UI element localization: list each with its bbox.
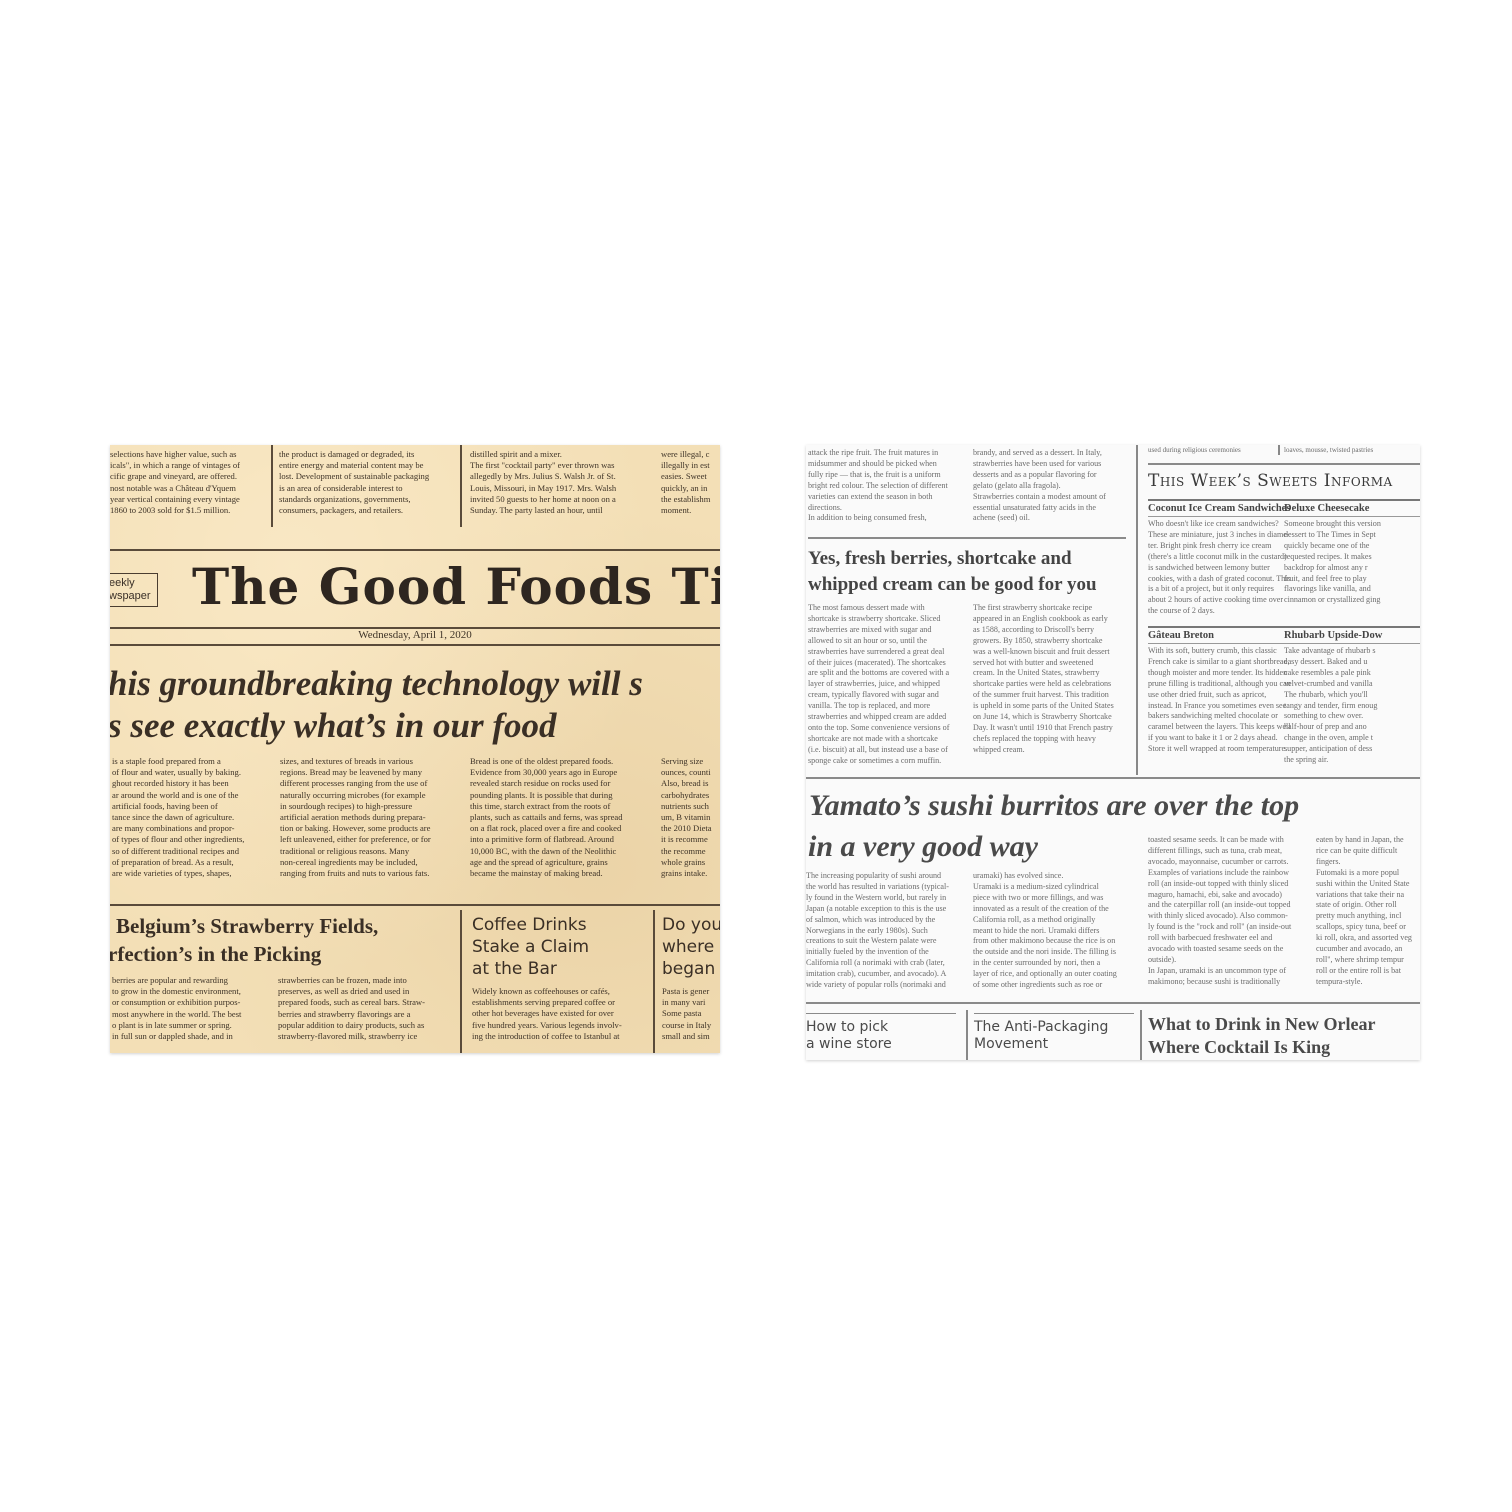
text-line: appeared in an English cookbook as early — [973, 614, 1128, 625]
text-line: toasted sesame seeds. It can be made wit… — [1148, 835, 1303, 846]
badge-line: wspaper — [110, 590, 151, 603]
text-line: California roll, as a method originally — [973, 915, 1128, 926]
text-line: whipped cream. — [973, 745, 1128, 756]
text-line: (i.e. biscuit) at all, but instead use a… — [808, 745, 960, 756]
strawberry-col1: berries are popular and rewarding to gro… — [112, 975, 262, 1042]
text-line: became the mainstay of making bread. — [470, 868, 646, 879]
text-line: Sunday. The party lasted an hour, until — [470, 505, 646, 516]
headline-line: Coffee Drinks — [472, 914, 589, 936]
text-line: cinnamon or crystallized ging — [1284, 595, 1420, 606]
text-line: state of origin. Other roll — [1316, 900, 1420, 911]
column-divider — [653, 910, 655, 1053]
text-line: pounding plants. It is possible that dur… — [470, 790, 646, 801]
text-line: different processes ranging from the use… — [280, 778, 452, 789]
sweets-item-body: Who doesn't like ice cream sandwiches? T… — [1148, 519, 1296, 617]
text-line: on June 14, which is Strawberry Shortcak… — [973, 712, 1128, 723]
headline-line: began — [662, 958, 720, 980]
text-line: of some other ingredients such as roe or — [973, 980, 1128, 991]
section-rule — [806, 1002, 1420, 1004]
text-line: achene (seed) oil. — [973, 513, 1128, 524]
text-line: standards organizations, governments, — [279, 494, 451, 505]
text-line: onto the top. Some convenience versions … — [808, 723, 960, 734]
text-line: Norwegians in the early 1980s). Such — [806, 926, 958, 937]
text-line: small and sim — [662, 1031, 720, 1042]
text-line: course in Italy — [662, 1020, 720, 1031]
text-line: fingers. — [1316, 857, 1420, 868]
text-line: from other makimono because the rice is … — [973, 936, 1128, 947]
text-line: cific grape and vineyard, are offered. — [110, 471, 262, 482]
text-line: Uramaki is a medium-sized cylindrical — [973, 882, 1128, 893]
text-line: nutrients such — [661, 801, 720, 812]
pasta-headline: Do you where began — [662, 914, 720, 980]
text-line: quickly, an in — [661, 483, 720, 494]
text-line: Also, bread is — [661, 778, 720, 789]
column-divider — [460, 445, 462, 527]
text-line: traditional or religious reasons. Many — [280, 846, 452, 857]
text-line: about 2 hours of active cooking time ove… — [1148, 595, 1296, 606]
top-strip-col4: loaves, mousse, twisted pastries — [1284, 445, 1420, 456]
text-line: ghout recorded history it has been — [112, 778, 264, 789]
text-line: whole grains — [661, 857, 720, 868]
strawberry-col2: strawberries can be frozen, made into pr… — [278, 975, 450, 1042]
text-line: of types of flour and other ingredients, — [112, 834, 264, 845]
text-line: pretty much anything, incl — [1316, 911, 1420, 922]
text-line: Evidence from 30,000 years ago in Europe — [470, 767, 646, 778]
text-line: distilled spirit and a mixer. — [470, 449, 646, 460]
text-line: to grow in the domestic environment, — [112, 986, 262, 997]
sushi-col3: toasted sesame seeds. It can be made wit… — [1148, 835, 1303, 988]
text-line: Examples of variations include the rainb… — [1148, 868, 1303, 879]
text-line: lost. Development of sustainable packagi… — [279, 471, 451, 482]
column-divider — [460, 910, 462, 1053]
text-line: 10,000 BC, with the dawn of the Neolithi… — [470, 846, 646, 857]
sushi-headline-line2: in a very good way — [808, 829, 1038, 865]
issue-date: Wednesday, April 1, 2020 — [110, 629, 720, 641]
text-line: sponge cake or sometimes a corn muffin. — [808, 756, 960, 767]
text-line: prepared foods, such as cereal bars. Str… — [278, 997, 450, 1008]
teaser-line: Movement — [974, 1036, 1108, 1053]
masthead-rule-top — [110, 549, 720, 551]
headline-line: at the Bar — [472, 958, 589, 980]
text-line: plants, such as cattails and ferns, was … — [470, 812, 646, 823]
text-line: though moister and more tender. Its hidd… — [1148, 668, 1296, 679]
column-divider — [966, 1010, 968, 1060]
text-line: of salmon, which was introduced by the — [806, 915, 958, 926]
text-line: initially fueled by the invention of the — [806, 947, 958, 958]
text-line: left unleavened, either for preference, … — [280, 834, 452, 845]
coffee-body: Widely known as coffeehouses or cafés, e… — [472, 986, 644, 1042]
text-line: piece with two or more fillings, and was — [973, 893, 1128, 904]
column-divider — [1136, 445, 1138, 775]
text-line: Louis, Missouri, in May 1917. Mrs. Walsh — [470, 483, 646, 494]
text-line: requested recipes. It makes — [1284, 552, 1420, 563]
sweets-section-title: This Week’s Sweets Informa — [1148, 471, 1393, 491]
text-line: naturally occurring microbes (for exampl… — [280, 790, 452, 801]
text-line: strawberries have been used for various — [973, 459, 1128, 470]
text-line: most anywhere in the world. The best — [112, 1009, 262, 1020]
text-line: These are miniature, just 3 inches in di… — [1148, 530, 1296, 541]
text-line: shortcake are not made with a shortcake — [808, 734, 960, 745]
text-line: ly found in the Western world, but rarel… — [806, 893, 958, 904]
text-line: easies. Sweet — [661, 471, 720, 482]
teaser-line: What to Drink in New Orlear — [1148, 1013, 1375, 1036]
teaser-wine-store: How to pick a wine store — [806, 1019, 892, 1053]
text-line: of preparation of bread. As a result, — [112, 857, 264, 868]
text-line: is an area of considerable interest to — [279, 483, 451, 494]
strawberry-headline-line2: rfection’s in the Picking — [110, 940, 321, 968]
text-line: roll or the entire roll is bat — [1316, 966, 1420, 977]
headline-line: where — [662, 936, 720, 958]
text-line: is a staple food prepared from a — [112, 756, 264, 767]
text-line: essential unsaturated fatty acids in the — [973, 503, 1128, 514]
strawberry-headline-line1: Belgium’s Strawberry Fields, — [116, 912, 378, 940]
sushi-headline-line1: Yamato’s sushi burritos are over the top — [809, 788, 1299, 824]
text-line: year vertical containing every vintage — [110, 494, 262, 505]
text-line: ter. Bright pink fresh cherry ice cream — [1148, 541, 1296, 552]
sweets-item-body: Take advantage of rhubarb s easy dessert… — [1284, 646, 1420, 766]
text-line: non-cereal ingredients may be included, — [280, 857, 452, 868]
teaser-anti-packaging: The Anti-Packaging Movement — [974, 1019, 1108, 1053]
text-line: In Japan, uramaki is an uncommon type of — [1148, 966, 1303, 977]
sweets-item-body: Someone brought this version dessert to … — [1284, 519, 1420, 606]
text-line: selections have higher value, such as — [110, 449, 262, 460]
text-line: preserves, as well as dried and used in — [278, 986, 450, 997]
text-line: the world has resulted in variations (ty… — [806, 882, 958, 893]
text-line: establishments serving prepared coffee o… — [472, 997, 644, 1008]
text-line: sizes, and textures of breads in various — [280, 756, 452, 767]
text-line: different fillings, such as tuna, crab m… — [1148, 846, 1303, 857]
text-line: consumers, packagers, and retailers. — [279, 505, 451, 516]
text-line: tance since the dawn of agriculture. — [112, 812, 264, 823]
pasta-body: Pasta is gener in many vari Some pasta c… — [662, 986, 720, 1042]
lead-col3: Bread is one of the oldest prepared food… — [470, 756, 646, 879]
text-line: Futomaki is a more popul — [1316, 868, 1420, 879]
text-line: wide variety of popular rolls (norimaki … — [806, 980, 958, 991]
text-line: backdrop for almost any r — [1284, 563, 1420, 574]
sweets-item-title: Rhubarb Upside-Dow — [1284, 626, 1420, 644]
section-rule — [806, 777, 1420, 779]
lead-headline-line2: s see exactly what’s in our food — [110, 705, 557, 747]
top-strip-col1: selections have higher value, such as ic… — [110, 449, 262, 516]
text-line: ar around the world and is one of the — [112, 790, 264, 801]
text-line: vanilla. The top is replaced, and more — [808, 701, 960, 712]
text-line: directions. — [808, 503, 960, 514]
text-line: if you want to bake it 1 or 2 days ahead… — [1148, 733, 1296, 744]
text-line: shortcake parties were held as celebrati… — [973, 679, 1128, 690]
text-line: fruit, and feel free to play — [1284, 574, 1420, 585]
text-line: the 2010 Dieta — [661, 823, 720, 834]
text-line: in sourdough recipes) to high-pressure — [280, 801, 452, 812]
text-line: tion or baking. However, some products a… — [280, 823, 452, 834]
text-line: Japan (a notable exception to this is th… — [806, 904, 958, 915]
lead-col1: is a staple food prepared from a of flou… — [112, 756, 264, 879]
text-line: scallops, spicy tuna, beef or — [1316, 922, 1420, 933]
text-line: strawberry-flavored milk, strawberry ice — [278, 1031, 450, 1042]
teaser-rule — [806, 1013, 956, 1014]
text-line: in full sun or dappled shade, and in — [112, 1031, 262, 1042]
teaser-new-orleans: What to Drink in New Orlear Where Cockta… — [1148, 1013, 1375, 1059]
sweets-item-coconut: Coconut Ice Cream Sandwiches Who doesn't… — [1148, 499, 1296, 617]
text-line: of flour and water, usually by baking. — [112, 767, 264, 778]
text-line: the recomme — [661, 846, 720, 857]
text-line: The first "cocktail party" ever thrown w… — [470, 460, 646, 471]
text-line: strawberries and whipped cream are added — [808, 712, 960, 723]
teaser-line: The Anti-Packaging — [974, 1019, 1108, 1036]
text-line: Store it well wrapped at room temperatur… — [1148, 744, 1296, 755]
sweets-item-cheesecake: Deluxe Cheesecake Someone brought this v… — [1284, 499, 1420, 606]
text-line: illegally in est — [661, 460, 720, 471]
text-line: attack the ripe fruit. The fruit matures… — [808, 448, 960, 459]
text-line: Someone brought this version — [1284, 519, 1420, 530]
text-line: The rhubarb, which you'll — [1284, 690, 1420, 701]
text-line: berries are popular and rewarding — [112, 975, 262, 986]
section-rule — [1148, 463, 1420, 465]
text-line: the establishm — [661, 494, 720, 505]
text-line: roll with barbecued freshwater eel and — [1148, 933, 1303, 944]
text-line: other hot beverages have existed for ove… — [472, 1008, 644, 1019]
top-strip-col2: brandy, and served as a dessert. In Ital… — [973, 448, 1128, 524]
text-line: this time, starch extract from the roots… — [470, 801, 646, 812]
text-line: varieties can extend the season in both — [808, 492, 960, 503]
text-line: cookies, with a dash of grated coconut. … — [1148, 574, 1296, 585]
text-line: variations that take their na — [1316, 890, 1420, 901]
text-line: avocado with toasted sesame seeds on the — [1148, 944, 1303, 955]
top-strip-col3: used during religious ceremonies — [1148, 445, 1268, 456]
text-line: ing the introduction of coffee to Istanb… — [472, 1031, 644, 1042]
headline-line: Stake a Claim — [472, 936, 589, 958]
badge-line: eekly — [110, 577, 151, 590]
sweets-item-body: With its soft, buttery crumb, this class… — [1148, 646, 1296, 755]
text-line: quickly became one of the — [1284, 541, 1420, 552]
text-line: as 1588, according to Driscoll's berry — [973, 625, 1128, 636]
text-line: With its soft, buttery crumb, this class… — [1148, 646, 1296, 657]
text-line: popular addition to dairy products, such… — [278, 1020, 450, 1031]
text-line: five hundred years. Various legends invo… — [472, 1020, 644, 1031]
text-line: in many vari — [662, 997, 720, 1008]
text-line: roll", where shrimp tempur — [1316, 955, 1420, 966]
text-line: In addition to being consumed fresh, — [808, 513, 960, 524]
text-line: bright red colour. The selection of diff… — [808, 481, 960, 492]
berries-headline-line2: whipped cream can be good for you — [808, 571, 1097, 598]
text-line: something to chew over. — [1284, 711, 1420, 722]
text-line: desserts and as a popular flavoring for — [973, 470, 1128, 481]
berries-headline-line1: Yes, fresh berries, shortcake and — [808, 545, 1072, 572]
text-line: Strawberries contain a modest amount of — [973, 492, 1128, 503]
text-line: or consumption or exhibition purpos- — [112, 997, 262, 1008]
text-line: with thinly sliced avocado). Also common… — [1148, 911, 1303, 922]
text-line: nost notable was a Château d'Yquem — [110, 483, 262, 494]
sushi-col2: uramaki) has evolved since. Uramaki is a… — [973, 871, 1128, 991]
text-line: artificial foods, having been of — [112, 801, 264, 812]
text-line: it is recomme — [661, 834, 720, 845]
text-line: innovated as a result of the creation of… — [973, 904, 1128, 915]
text-line: are wide varieties of types, shapes, — [112, 868, 264, 879]
text-line: Widely known as coffeehouses or cafés, — [472, 986, 644, 997]
text-line: allowed to sit an hour or so, until the — [808, 636, 960, 647]
text-line: the spring air. — [1284, 755, 1420, 766]
text-line: carbohydrates — [661, 790, 720, 801]
text-line: uramaki) has evolved since. — [973, 871, 1128, 882]
text-line: California roll (a norimaki with crab (l… — [806, 958, 958, 969]
text-line: French cake is similar to a giant shortb… — [1148, 657, 1296, 668]
sweets-item-title: Deluxe Cheesecake — [1284, 499, 1420, 517]
text-line: roll (an inside-out topped with thinly s… — [1148, 879, 1303, 890]
text-line: Bread is one of the oldest prepared food… — [470, 756, 646, 767]
lead-headline-line1: his groundbreaking technology will s — [110, 663, 643, 705]
text-line: tangy and tender, firm enoug — [1284, 701, 1420, 712]
text-line: fully ripe — that is, the fruit is a uni… — [808, 470, 960, 481]
text-line: Day. It wasn't until 1910 that French pa… — [973, 723, 1128, 734]
text-line: supper, anticipation of dess — [1284, 744, 1420, 755]
text-line: dessert to The Times in Sept — [1284, 530, 1420, 541]
text-line: entire energy and material content may b… — [279, 460, 451, 471]
sushi-col4: eaten by hand in Japan, the rice can be … — [1316, 835, 1420, 988]
text-line: the outside and the nori inside. The fil… — [973, 947, 1128, 958]
text-line: artificial aeration methods during prepa… — [280, 812, 452, 823]
text-line: The most famous dessert made with — [808, 603, 960, 614]
text-line: Some pasta — [662, 1008, 720, 1019]
text-line: grains intake. — [661, 868, 720, 879]
text-line: strawberries can be frozen, made into — [278, 975, 450, 986]
text-line: is upheld in some parts of the United St… — [973, 701, 1128, 712]
text-line: shortcake is strawberry shortcake. Slice… — [808, 614, 960, 625]
text-line: Serving size — [661, 756, 720, 767]
text-line: and the caterpillar roll (an inside-out … — [1148, 900, 1303, 911]
text-line: o plant is in late summer or spring. — [112, 1020, 262, 1031]
text-line: instead. In France you sometimes even se… — [1148, 701, 1296, 712]
text-line: makimono; because sushi is traditionally — [1148, 977, 1303, 988]
text-line: is a bit of a project, but it only requi… — [1148, 584, 1296, 595]
text-line: invited 50 guests to her home at noon on… — [470, 494, 646, 505]
sweets-item-title: Coconut Ice Cream Sandwiches — [1148, 499, 1296, 517]
lead-col2: sizes, and textures of breads in various… — [280, 756, 452, 879]
text-line: sushi within the United State — [1316, 879, 1420, 890]
masthead-rule-bottom — [110, 644, 720, 646]
sweets-item-gateau: Gâteau Breton With its soft, buttery cru… — [1148, 626, 1296, 755]
top-strip-col2: the product is damaged or degraded, its … — [279, 449, 451, 516]
text-line: um, B vitamin — [661, 812, 720, 823]
top-strip-col1: attack the ripe fruit. The fruit matures… — [808, 448, 960, 524]
text-line: ranging from fruits and nuts to various … — [280, 868, 452, 879]
text-line: was a well-known biscuit and fruit desse… — [973, 647, 1128, 658]
text-line: allegedly by Mrs. Julius S. Walsh Jr. of… — [470, 471, 646, 482]
sweets-item-title: Gâteau Breton — [1148, 626, 1296, 644]
column-divider — [1278, 445, 1280, 455]
coffee-headline: Coffee Drinks Stake a Claim at the Bar — [472, 914, 589, 980]
text-line: served hot with butter and sweetened — [973, 658, 1128, 669]
text-line: velvet-crumbed and vanilla — [1284, 679, 1420, 690]
text-line: Who doesn't like ice cream sandwiches? — [1148, 519, 1296, 530]
teaser-line: a wine store — [806, 1036, 892, 1053]
text-line: into a primitive form of flatbread. Arou… — [470, 834, 646, 845]
section-rule — [110, 904, 720, 906]
teaser-line: How to pick — [806, 1019, 892, 1036]
text-line: on a flat rock, placed over a fire and c… — [470, 823, 646, 834]
text-line: easy dessert. Baked and u — [1284, 657, 1420, 668]
text-line: ki roll, okra, and assorted veg — [1316, 933, 1420, 944]
text-line: maguro, hamachi, ebi, sake and avocado) — [1148, 890, 1303, 901]
text-line: layer of rice, and optionally an outer c… — [973, 969, 1128, 980]
text-line: midsummer and should be picked when — [808, 459, 960, 470]
text-line: of their juices (macerated). The shortca… — [808, 658, 960, 669]
text-line: meant to hide the nori. Uramaki differs — [973, 926, 1128, 937]
column-divider — [1140, 1010, 1142, 1060]
text-line: are many combinations and propor- — [112, 823, 264, 834]
text-line: rice can be quite difficult — [1316, 846, 1420, 857]
text-line: in the center surrounded by nori, then a — [973, 958, 1128, 969]
text-line: icals", in which a range of vintages of — [110, 460, 262, 471]
text-line: regions. Bread may be leavened by many — [280, 767, 452, 778]
text-line: gelato (gelato alla fragola). — [973, 481, 1128, 492]
text-line: so of different traditional recipes and — [112, 846, 264, 857]
kraft-newsprint-sheet: selections have higher value, such as ic… — [110, 445, 720, 1053]
text-line: ly found is the "rock and roll" (an insi… — [1148, 922, 1303, 933]
weekly-newspaper-badge: eekly wspaper — [110, 573, 158, 607]
text-line: moment. — [661, 505, 720, 516]
text-line: growers. By 1850, strawberry shortcake — [973, 636, 1128, 647]
text-line: cucumber and avocado, an — [1316, 944, 1420, 955]
section-rule — [808, 537, 1126, 539]
top-strip-col4: were illegal, c illegally in est easies.… — [661, 449, 720, 516]
berries-col2: The first strawberry shortcake recipe ap… — [973, 603, 1128, 756]
masthead-title: The Good Foods Tim — [192, 557, 720, 616]
text-line: cake resembles a pale pink — [1284, 668, 1420, 679]
column-divider — [271, 445, 273, 527]
text-line: avocado, mayonnaise, cucumber or carrots… — [1148, 857, 1303, 868]
text-line: caramel between the layers. This keeps w… — [1148, 722, 1296, 733]
text-line: tempura-style. — [1316, 977, 1420, 988]
text-line: Take advantage of rhubarb s — [1284, 646, 1420, 657]
white-newsprint-sheet: attack the ripe fruit. The fruit matures… — [806, 445, 1420, 1060]
text-line: the product is damaged or degraded, its — [279, 449, 451, 460]
text-line: bakers sandwiching melted chocolate or — [1148, 711, 1296, 722]
text-line: of the summer fruit harvest. This tradit… — [973, 690, 1128, 701]
teaser-line: Where Cocktail Is King — [1148, 1036, 1375, 1059]
sweets-item-rhubarb: Rhubarb Upside-Dow Take advantage of rhu… — [1284, 626, 1420, 766]
text-line: age and the spread of agriculture, grain… — [470, 857, 646, 868]
text-line: The first strawberry shortcake recipe — [973, 603, 1128, 614]
text-line: brandy, and served as a dessert. In Ital… — [973, 448, 1128, 459]
text-line: flavorings like vanilla, and — [1284, 584, 1420, 595]
text-line: layer of strawberries, juice, and whippe… — [808, 679, 960, 690]
text-line: the course of 2 days. — [1148, 606, 1296, 617]
text-line: prune filling is traditional, although y… — [1148, 679, 1296, 690]
text-line: creations to suit the Western palate wer… — [806, 936, 958, 947]
headline-line: Do you — [662, 914, 720, 936]
text-line: Pasta is gener — [662, 986, 720, 997]
text-line: cream, typically flavored with sugar and — [808, 690, 960, 701]
text-line: half-hour of prep and ano — [1284, 722, 1420, 733]
text-line: ounces, counti — [661, 767, 720, 778]
text-line: cream. In the United States, strawberry — [973, 668, 1128, 679]
text-line: imitation crab), cucumber, and avocado).… — [806, 969, 958, 980]
text-line: 1860 to 2003 sold for $1.5 million. — [110, 505, 262, 516]
text-line: revealed starch residue on rocks used fo… — [470, 778, 646, 789]
text-line: use other dried fruit, such as apricot, — [1148, 690, 1296, 701]
text-line: outside). — [1148, 955, 1303, 966]
text-line: strawberries are mixed with sugar and — [808, 625, 960, 636]
text-line: strawberries have surrendered a great de… — [808, 647, 960, 658]
text-line: were illegal, c — [661, 449, 720, 460]
text-line: change in the oven, ample t — [1284, 733, 1420, 744]
sushi-col1: The increasing popularity of sushi aroun… — [806, 871, 958, 991]
text-line: are split and the bottoms are covered wi… — [808, 668, 960, 679]
top-strip-col3: distilled spirit and a mixer. The first … — [470, 449, 646, 516]
text-line: eaten by hand in Japan, the — [1316, 835, 1420, 846]
text-line: (there's a little coconut milk in the cu… — [1148, 552, 1296, 563]
text-line: The increasing popularity of sushi aroun… — [806, 871, 958, 882]
text-line: chefs replaced the topping with heavy — [973, 734, 1128, 745]
